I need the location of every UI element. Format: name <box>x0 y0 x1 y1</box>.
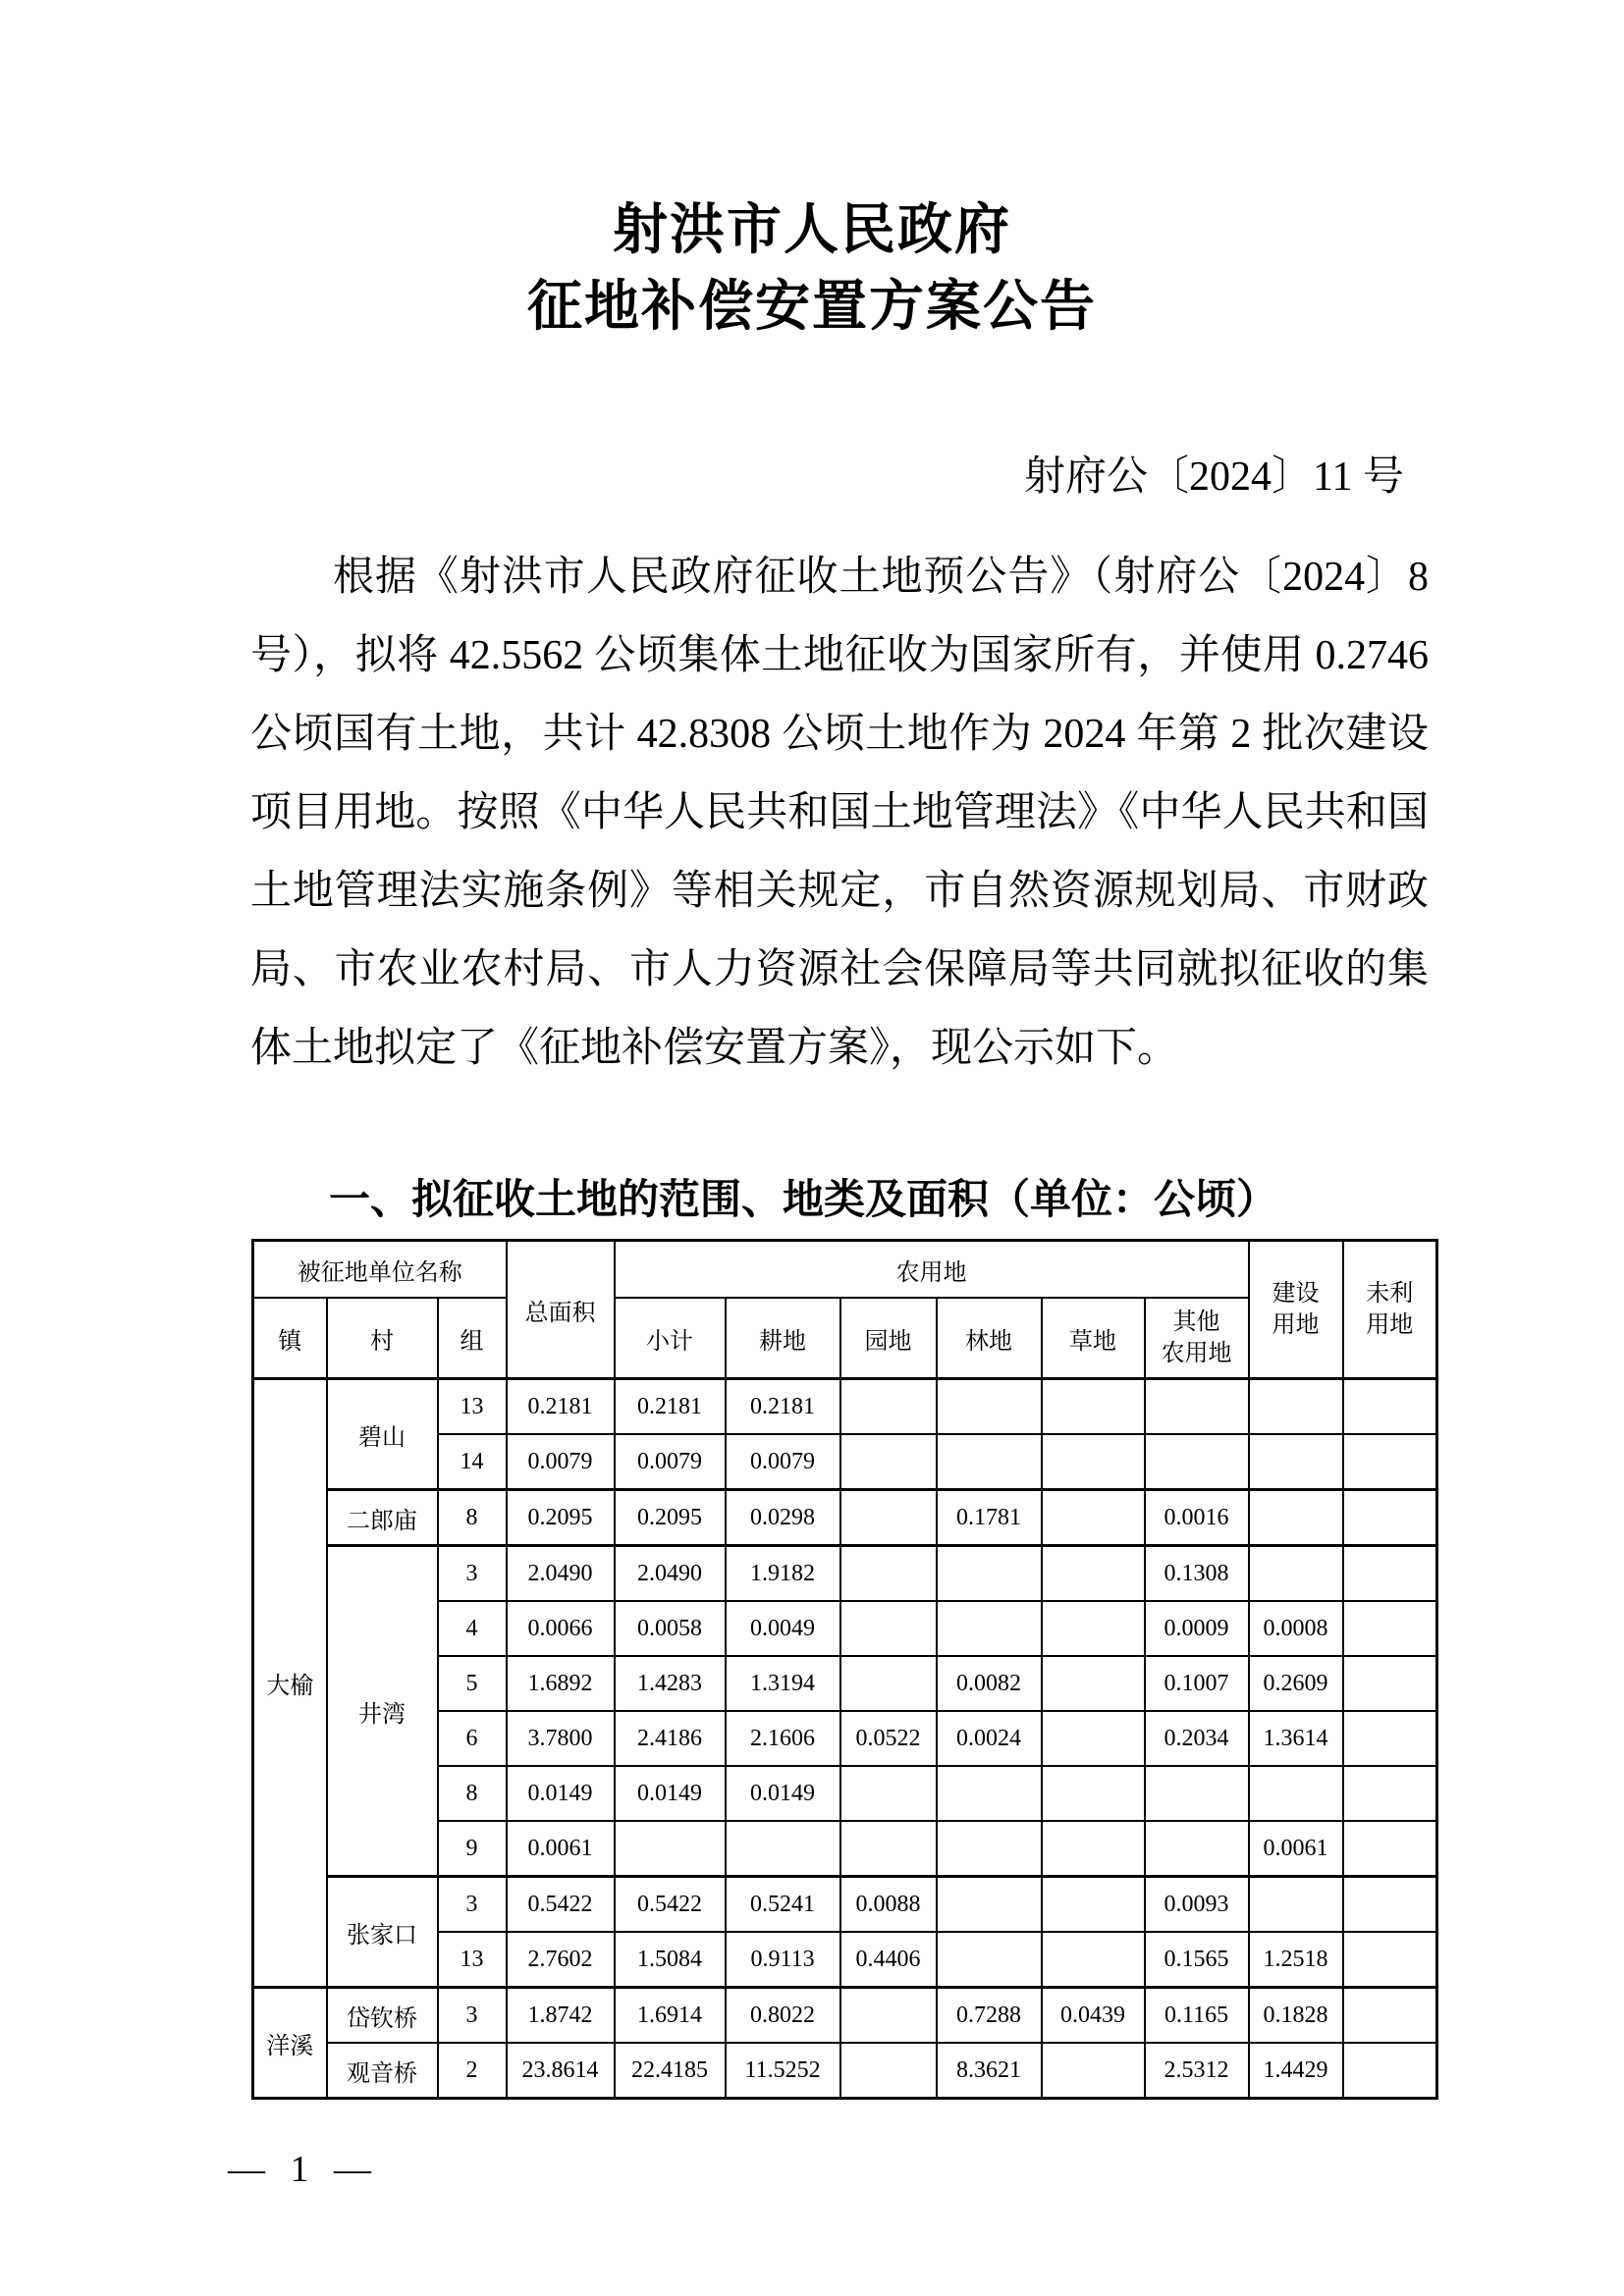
header-town: 镇 <box>253 1298 327 1379</box>
cell-other-agri: 2.5312 <box>1145 2043 1249 2099</box>
cell-subtotal: 0.2181 <box>615 1379 726 1435</box>
cell-subtotal: 0.0149 <box>615 1766 726 1821</box>
header-cultivated: 耕地 <box>726 1298 840 1379</box>
table-row: 张家口 3 0.5422 0.5422 0.5241 0.0088 0.0093 <box>253 1877 1437 1933</box>
cell-other-agri <box>1145 1379 1249 1435</box>
cell-cultivated: 2.1606 <box>726 1711 840 1766</box>
cell-unused <box>1343 1766 1437 1821</box>
cell-unused <box>1343 1877 1437 1933</box>
cell-grass <box>1042 1932 1145 1988</box>
cell-subtotal: 2.4186 <box>615 1711 726 1766</box>
cell-garden: 0.0088 <box>840 1877 937 1933</box>
cell-forest: 0.7288 <box>937 1988 1042 2044</box>
cell-group: 6 <box>438 1711 507 1766</box>
cell-construction <box>1249 1379 1343 1435</box>
cell-forest <box>937 1766 1042 1821</box>
title-line-1: 射洪市人民政府 <box>0 192 1624 269</box>
cell-cultivated: 0.2181 <box>726 1379 840 1435</box>
cell-construction: 0.2609 <box>1249 1656 1343 1711</box>
header-garden: 园地 <box>840 1298 937 1379</box>
cell-village: 碧山 <box>327 1379 438 1490</box>
cell-cultivated: 0.8022 <box>726 1988 840 2044</box>
cell-garden <box>840 2043 937 2099</box>
cell-construction: 0.1828 <box>1249 1988 1343 2044</box>
cell-village: 张家口 <box>327 1877 438 1988</box>
cell-total-area: 0.0149 <box>507 1766 615 1821</box>
cell-forest <box>937 1546 1042 1602</box>
cell-grass <box>1042 1656 1145 1711</box>
cell-subtotal: 0.0079 <box>615 1434 726 1490</box>
cell-forest <box>937 1434 1042 1490</box>
cell-garden <box>840 1821 937 1877</box>
cell-grass <box>1042 1601 1145 1656</box>
cell-subtotal: 1.4283 <box>615 1656 726 1711</box>
cell-village: 二郎庙 <box>327 1490 438 1546</box>
cell-unused <box>1343 1711 1437 1766</box>
cell-grass <box>1042 1711 1145 1766</box>
cell-subtotal: 1.6914 <box>615 1988 726 2044</box>
header-expropriated-unit: 被征地单位名称 <box>253 1241 507 1299</box>
cell-forest <box>937 1932 1042 1988</box>
cell-cultivated: 0.0079 <box>726 1434 840 1490</box>
header-construction-land: 建设 用地 <box>1249 1241 1343 1379</box>
cell-village: 井湾 <box>327 1546 438 1877</box>
cell-unused <box>1343 1379 1437 1435</box>
cell-other-agri <box>1145 1821 1249 1877</box>
cell-forest <box>937 1821 1042 1877</box>
header-subtotal: 小计 <box>615 1298 726 1379</box>
cell-garden: 0.0522 <box>840 1711 937 1766</box>
cell-village: 观音桥 <box>327 2043 438 2099</box>
cell-unused <box>1343 1434 1437 1490</box>
cell-cultivated: 1.3194 <box>726 1656 840 1711</box>
cell-cultivated <box>726 1821 840 1877</box>
table-row: 大榆 碧山 13 0.2181 0.2181 0.2181 <box>253 1379 1437 1435</box>
cell-subtotal: 0.0058 <box>615 1601 726 1656</box>
cell-total-area: 0.0079 <box>507 1434 615 1490</box>
cell-subtotal: 0.5422 <box>615 1877 726 1933</box>
cell-garden <box>840 1988 937 2044</box>
cell-grass <box>1042 1546 1145 1602</box>
cell-total-area: 1.8742 <box>507 1988 615 2044</box>
cell-other-agri <box>1145 1766 1249 1821</box>
cell-forest: 0.1781 <box>937 1490 1042 1546</box>
header-village: 村 <box>327 1298 438 1379</box>
cell-total-area: 2.7602 <box>507 1932 615 1988</box>
cell-construction <box>1249 1546 1343 1602</box>
cell-subtotal: 1.5084 <box>615 1932 726 1988</box>
cell-other-agri: 0.0009 <box>1145 1601 1249 1656</box>
cell-subtotal: 22.4185 <box>615 2043 726 2099</box>
cell-other-agri: 0.1308 <box>1145 1546 1249 1602</box>
cell-other-agri: 0.0093 <box>1145 1877 1249 1933</box>
cell-other-agri: 0.1565 <box>1145 1932 1249 1988</box>
cell-garden <box>840 1379 937 1435</box>
cell-garden <box>840 1490 937 1546</box>
cell-grass <box>1042 1877 1145 1933</box>
cell-unused <box>1343 1821 1437 1877</box>
cell-total-area: 0.2181 <box>507 1379 615 1435</box>
cell-total-area: 0.0061 <box>507 1821 615 1877</box>
cell-cultivated: 11.5252 <box>726 2043 840 2099</box>
cell-forest <box>937 1877 1042 1933</box>
cell-forest: 8.3621 <box>937 2043 1042 2099</box>
cell-town: 大榆 <box>253 1379 327 1988</box>
table-row: 井湾 3 2.0490 2.0490 1.9182 0.1308 <box>253 1546 1437 1602</box>
cell-other-agri: 0.2034 <box>1145 1711 1249 1766</box>
page-number: — 1 — <box>228 2148 379 2191</box>
header-other-agricultural: 其他 农用地 <box>1145 1298 1249 1379</box>
cell-forest: 0.0082 <box>937 1656 1042 1711</box>
cell-group: 4 <box>438 1601 507 1656</box>
cell-unused <box>1343 1988 1437 2044</box>
cell-grass <box>1042 2043 1145 2099</box>
cell-construction <box>1249 1766 1343 1821</box>
cell-construction <box>1249 1877 1343 1933</box>
cell-unused <box>1343 1656 1437 1711</box>
cell-other-agri: 0.0016 <box>1145 1490 1249 1546</box>
cell-total-area: 23.8614 <box>507 2043 615 2099</box>
cell-grass <box>1042 1490 1145 1546</box>
cell-forest <box>937 1601 1042 1656</box>
cell-construction <box>1249 1434 1343 1490</box>
cell-construction: 0.0061 <box>1249 1821 1343 1877</box>
doc-number: 射府公〔2024〕11 号 <box>250 452 1404 503</box>
cell-grass <box>1042 1434 1145 1490</box>
cell-group: 9 <box>438 1821 507 1877</box>
cell-group: 13 <box>438 1379 507 1435</box>
table-row: 观音桥 2 23.8614 22.4185 11.5252 8.3621 2.5… <box>253 2043 1437 2099</box>
cell-group: 2 <box>438 2043 507 2099</box>
cell-cultivated: 1.9182 <box>726 1546 840 1602</box>
cell-garden <box>840 1766 937 1821</box>
header-forest: 林地 <box>937 1298 1042 1379</box>
cell-unused <box>1343 1601 1437 1656</box>
document-page: { "document": { "title_line1": "射洪市人民政府"… <box>0 0 1624 2296</box>
cell-cultivated: 0.9113 <box>726 1932 840 1988</box>
cell-grass <box>1042 1379 1145 1435</box>
cell-group: 13 <box>438 1932 507 1988</box>
cell-subtotal <box>615 1821 726 1877</box>
table-header-row-1: 被征地单位名称 总面积 农用地 建设 用地 未利 用地 <box>253 1241 1437 1299</box>
cell-construction: 0.0008 <box>1249 1601 1343 1656</box>
cell-total-area: 0.2095 <box>507 1490 615 1546</box>
land-area-table: 被征地单位名称 总面积 农用地 建设 用地 未利 用地 镇 村 组 小计 耕地 … <box>251 1239 1438 2100</box>
cell-other-agri: 0.1165 <box>1145 1988 1249 2044</box>
cell-town: 洋溪 <box>253 1988 327 2099</box>
cell-grass: 0.0439 <box>1042 1988 1145 2044</box>
cell-construction: 1.2518 <box>1249 1932 1343 1988</box>
cell-group: 14 <box>438 1434 507 1490</box>
cell-subtotal: 0.2095 <box>615 1490 726 1546</box>
cell-unused <box>1343 1546 1437 1602</box>
table-row: 洋溪 岱钦桥 3 1.8742 1.6914 0.8022 0.7288 0.0… <box>253 1988 1437 2044</box>
cell-forest: 0.0024 <box>937 1711 1042 1766</box>
cell-group: 5 <box>438 1656 507 1711</box>
cell-total-area: 1.6892 <box>507 1656 615 1711</box>
cell-unused <box>1343 2043 1437 2099</box>
cell-grass <box>1042 1821 1145 1877</box>
cell-unused <box>1343 1490 1437 1546</box>
header-unused-land: 未利 用地 <box>1343 1241 1437 1379</box>
cell-construction <box>1249 1490 1343 1546</box>
cell-total-area: 2.0490 <box>507 1546 615 1602</box>
title-line-2: 征地补偿安置方案公告 <box>0 269 1624 346</box>
cell-garden <box>840 1601 937 1656</box>
cell-cultivated: 0.0149 <box>726 1766 840 1821</box>
cell-total-area: 0.0066 <box>507 1601 615 1656</box>
cell-group: 3 <box>438 1877 507 1933</box>
cell-unused <box>1343 1932 1437 1988</box>
cell-garden <box>840 1546 937 1602</box>
cell-garden: 0.4406 <box>840 1932 937 1988</box>
cell-group: 8 <box>438 1490 507 1546</box>
document-title: 射洪市人民政府 征地补偿安置方案公告 <box>0 192 1624 346</box>
cell-forest <box>937 1379 1042 1435</box>
cell-subtotal: 2.0490 <box>615 1546 726 1602</box>
section-1-heading: 一、拟征收土地的范围、地类及面积（单位：公顷） <box>250 1172 1488 1227</box>
cell-group: 3 <box>438 1988 507 2044</box>
intro-paragraph: 根据《射洪市人民政府征收土地预公告》（射府公〔2024〕8 号），拟将 42.5… <box>250 538 1429 1088</box>
header-agricultural-land: 农用地 <box>615 1241 1249 1299</box>
cell-group: 3 <box>438 1546 507 1602</box>
cell-cultivated: 0.0049 <box>726 1601 840 1656</box>
header-group: 组 <box>438 1298 507 1379</box>
cell-other-agri: 0.1007 <box>1145 1656 1249 1711</box>
cell-construction: 1.3614 <box>1249 1711 1343 1766</box>
cell-cultivated: 0.0298 <box>726 1490 840 1546</box>
cell-construction: 1.4429 <box>1249 2043 1343 2099</box>
cell-other-agri <box>1145 1434 1249 1490</box>
header-grassland: 草地 <box>1042 1298 1145 1379</box>
cell-garden <box>840 1434 937 1490</box>
cell-grass <box>1042 1766 1145 1821</box>
header-total-area: 总面积 <box>507 1241 615 1379</box>
table-row: 二郎庙 8 0.2095 0.2095 0.0298 0.1781 0.0016 <box>253 1490 1437 1546</box>
cell-total-area: 0.5422 <box>507 1877 615 1933</box>
cell-group: 8 <box>438 1766 507 1821</box>
cell-garden <box>840 1656 937 1711</box>
cell-village: 岱钦桥 <box>327 1988 438 2044</box>
cell-cultivated: 0.5241 <box>726 1877 840 1933</box>
cell-total-area: 3.7800 <box>507 1711 615 1766</box>
